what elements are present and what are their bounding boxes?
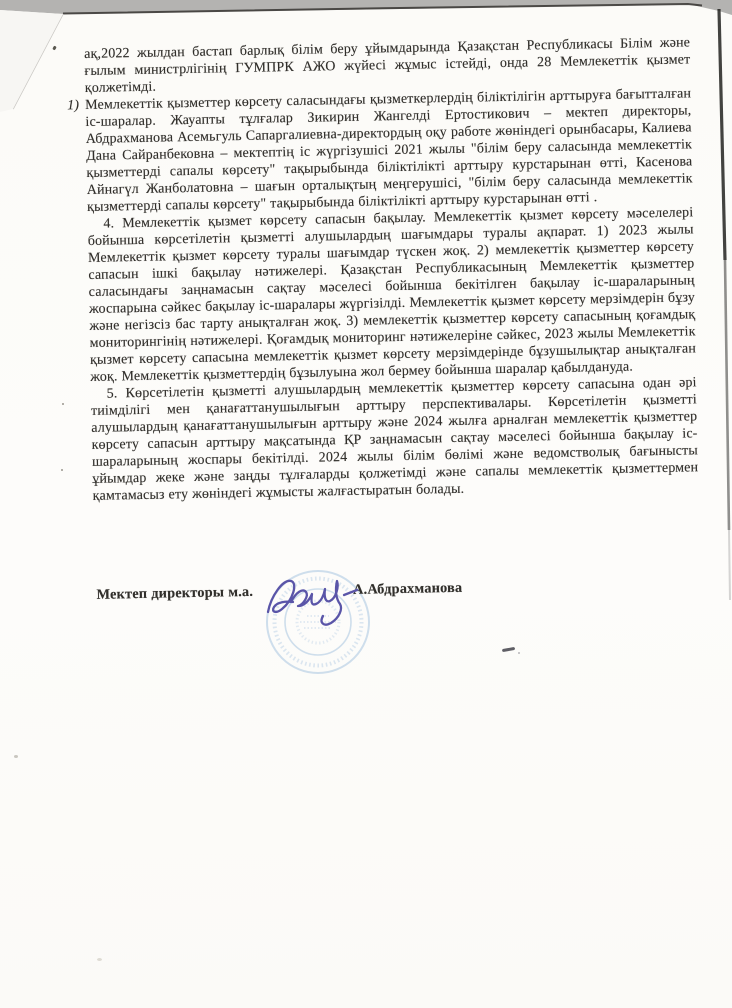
scan-speck [97,958,102,961]
signatory-role: Мектеп директоры м.а. [96,584,253,604]
handwritten-signature-icon [238,568,372,632]
numbered-item-1: 1) Мемлекеттік қызметтер көрсету саласын… [85,85,693,216]
scan-speck [61,469,63,471]
document-text: ақ,2022 жылдан бастап барлық білім беру … [84,34,702,686]
ink-dot-artifact [518,652,520,654]
paragraph-4: 4. Мемлекеттік қызмет көрсету сапасын ба… [87,204,696,386]
scan-speck [52,46,57,51]
signature-row: Мектеп директоры м.а. А.Абдрахманова [96,575,700,604]
paragraph-5: 5. Көрсетілетін қызметті алушылардың мем… [91,374,699,505]
list-marker: 1) [67,97,79,114]
numbered-item-1-text: Мемлекеттік қызметтер көрсету саласындағ… [85,85,693,216]
scan-speck [14,755,18,758]
scan-speck [62,403,64,405]
scanned-page: ақ,2022 жылдан бастап барлық білім беру … [0,0,732,1008]
